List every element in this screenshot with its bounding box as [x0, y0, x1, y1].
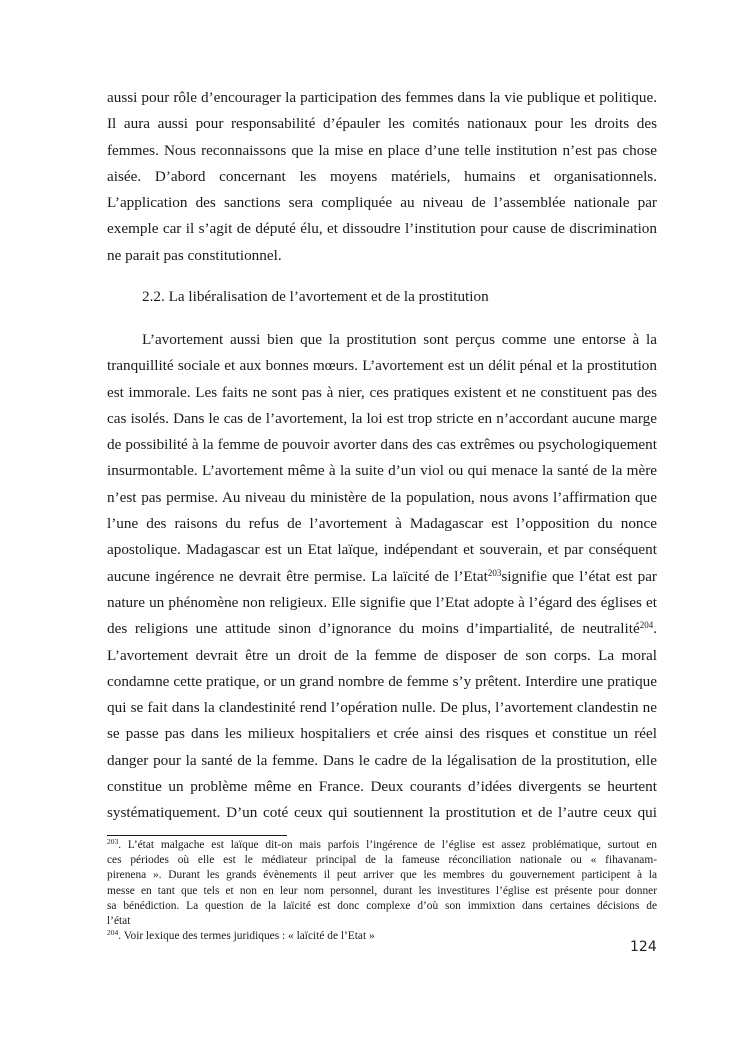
footnote-separator	[107, 835, 287, 836]
footnote-203: 203. L’état malgache est laïque dit-on m…	[107, 838, 657, 929]
text-line: L’application des sanctions sera compliq…	[107, 190, 657, 216]
footnote-ref-203[interactable]: 203	[488, 568, 502, 578]
text-line: danger pour la santé de la femme. Dans l…	[107, 748, 657, 774]
text-line-with-footnote-ref: aucune ingérence ne devrait être permise…	[107, 564, 657, 590]
text-line: se passe pas dans les milieux hospitalie…	[107, 721, 657, 747]
text-line: L’avortement devrait être un droit de la…	[107, 643, 657, 669]
document-page: aussi pour rôle d’encourager la particip…	[0, 0, 745, 1053]
text-line: insurmontable. L’avortement même à la su…	[107, 458, 657, 484]
footnote-number: 203	[107, 837, 118, 846]
text-line: condamne cette pratique, or un grand nom…	[107, 669, 657, 695]
text-line: ne parait pas constitutionnel.	[107, 243, 657, 269]
text-line: Il aura aussi pour responsabilité d’épau…	[107, 111, 657, 137]
footnote-line: messe en tant que tels et non en leur no…	[107, 884, 657, 899]
text-line: systématiquement. D’un coté ceux qui sou…	[107, 800, 657, 826]
footnote-line: l’état	[107, 914, 657, 929]
text-line: l’une des raisons du refus de l’avorteme…	[107, 511, 657, 537]
footnote-204: 204. Voir lexique des termes juridiques …	[107, 929, 657, 944]
footnote-line: 204. Voir lexique des termes juridiques …	[107, 929, 657, 944]
footnote-number: 204	[107, 928, 118, 937]
text-line: constitue un problème même en France. De…	[107, 774, 657, 800]
footnote-ref-204[interactable]: 204	[640, 620, 654, 630]
text-line: tranquillité sociale et aux bonnes mœurs…	[107, 353, 657, 379]
text-line: femmes. Nous reconnaissons que la mise e…	[107, 138, 657, 164]
footnotes: 203. L’état malgache est laïque dit-on m…	[107, 838, 657, 944]
text-line: aisée. D’abord concernant les moyens mat…	[107, 164, 657, 190]
text-segment: . L’état malgache est laïque dit-on mais…	[118, 839, 657, 851]
text-line: apostolique. Madagascar est un Etat laïq…	[107, 537, 657, 563]
text-segment: des religions une attitude sinon d’ignor…	[107, 620, 640, 637]
text-line: qui se fait dans la clandestinité rend l…	[107, 695, 657, 721]
paragraph-abortion-prostitution: L’avortement aussi bien que la prostitut…	[107, 327, 657, 827]
text-segment: aucune ingérence ne devrait être permise…	[107, 568, 488, 585]
text-line: de possibilité à la femme de pouvoir avo…	[107, 432, 657, 458]
footnote-line: sa bénédiction. La question de la laïcit…	[107, 899, 657, 914]
paragraph-continuation: aussi pour rôle d’encourager la particip…	[107, 85, 657, 269]
text-line: exemple car il s’agit de député élu, et …	[107, 216, 657, 242]
text-line: aussi pour rôle d’encourager la particip…	[107, 85, 657, 111]
text-line: n’est pas permise. Au niveau du ministèr…	[107, 485, 657, 511]
footnote-line: 203. L’état malgache est laïque dit-on m…	[107, 838, 657, 853]
text-line: cas isolés. Dans le cas de l’avortement,…	[107, 406, 657, 432]
footnote-line: pirenena ». Durant les grands évènements…	[107, 868, 657, 883]
text-line: L’avortement aussi bien que la prostitut…	[107, 327, 657, 353]
text-segment: . Voir lexique des termes juridiques : «…	[118, 930, 374, 942]
text-segment: .	[653, 620, 657, 637]
text-line: nature un phénomène non religieux. Elle …	[107, 590, 657, 616]
text-segment: signifie que l’état est par	[501, 568, 657, 585]
section-heading: 2.2. La libéralisation de l’avortement e…	[142, 284, 489, 310]
text-line: est immorale. Les faits ne sont pas à ni…	[107, 380, 657, 406]
text-line-with-footnote-ref: des religions une attitude sinon d’ignor…	[107, 616, 657, 642]
page-number: 124	[630, 939, 657, 955]
footnote-line: ces périodes où elle est le médiateur pr…	[107, 853, 657, 868]
